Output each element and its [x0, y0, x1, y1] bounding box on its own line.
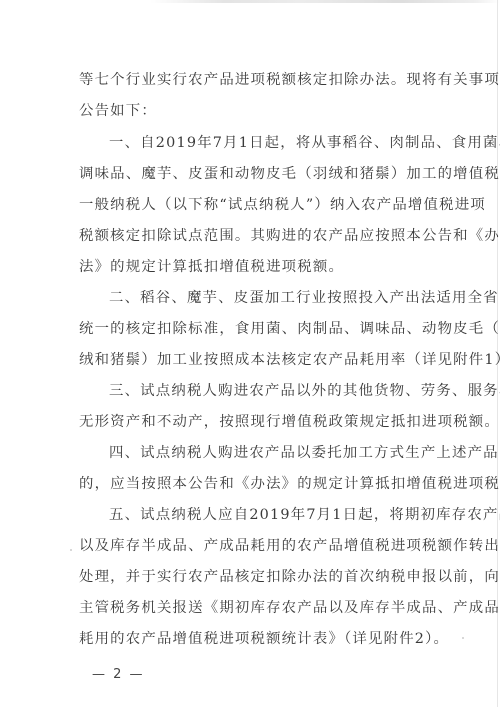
- text-line: 的，应当按照本公告和《办法》的规定计算抵扣增值税进项税额。: [79, 474, 445, 494]
- text-line: 调味品、魔芋、皮蛋和动物皮毛（羽绒和猪鬃）加工的增值税: [79, 164, 445, 184]
- text-line: 公告如下：: [79, 101, 445, 121]
- text-line: 主管税务机关报送《期初库存农产品以及库存半成品、产成品: [79, 598, 445, 618]
- text-line: 一般纳税人（以下称“试点纳税人”）纳入农产品增值税进项: [79, 195, 445, 215]
- scan-speck: [70, 549, 72, 551]
- text-line: 无形资产和不动产，按照现行增值税政策规定抵扣进项税额。: [79, 412, 445, 432]
- paragraph-2-start: 二、稻谷、魔芋、皮蛋加工行业按照投入产出法适用全省: [79, 288, 445, 308]
- text-line: 税额核定扣除试点范围。其购进的农产品应按照本公告和《办: [79, 226, 445, 246]
- text-line: 以及库存半成品、产成品耗用的农产品增值税进项税额作转出: [79, 536, 445, 556]
- text-line: 等七个行业实行农产品进项税额核定扣除办法。现将有关事项: [79, 70, 445, 90]
- text-line: 耗用的农产品增值税进项税额统计表》（详见附件2）。: [79, 629, 445, 649]
- page-number: — 2 —: [92, 667, 145, 682]
- paragraph-3-start: 三、试点纳税人购进农产品以外的其他货物、劳务、服务、: [79, 381, 445, 401]
- paragraph-5-start: 五、试点纳税人应自2019年7月1日起，将期初库存农产品: [79, 505, 445, 525]
- scan-speck: [462, 637, 464, 639]
- text-line: 法》的规定计算抵扣增值税进项税额。: [79, 257, 445, 277]
- text-line: 处理，并于实行农产品核定扣除办法的首次纳税申报以前，向: [79, 567, 445, 587]
- text-line: 绒和猪鬃）加工业按照成本法核定农产品耗用率（详见附件1）。: [79, 350, 445, 370]
- paragraph-4-start: 四、试点纳税人购进农产品以委托加工方式生产上述产品: [79, 443, 445, 463]
- paragraph-1-start: 一、自2019年7月1日起，将从事稻谷、肉制品、食用菌、: [79, 133, 445, 153]
- scan-edge-top: [0, 0, 500, 3]
- text-line: 统一的核定扣除标准，食用菌、肉制品、调味品、动物皮毛（羽: [79, 319, 445, 339]
